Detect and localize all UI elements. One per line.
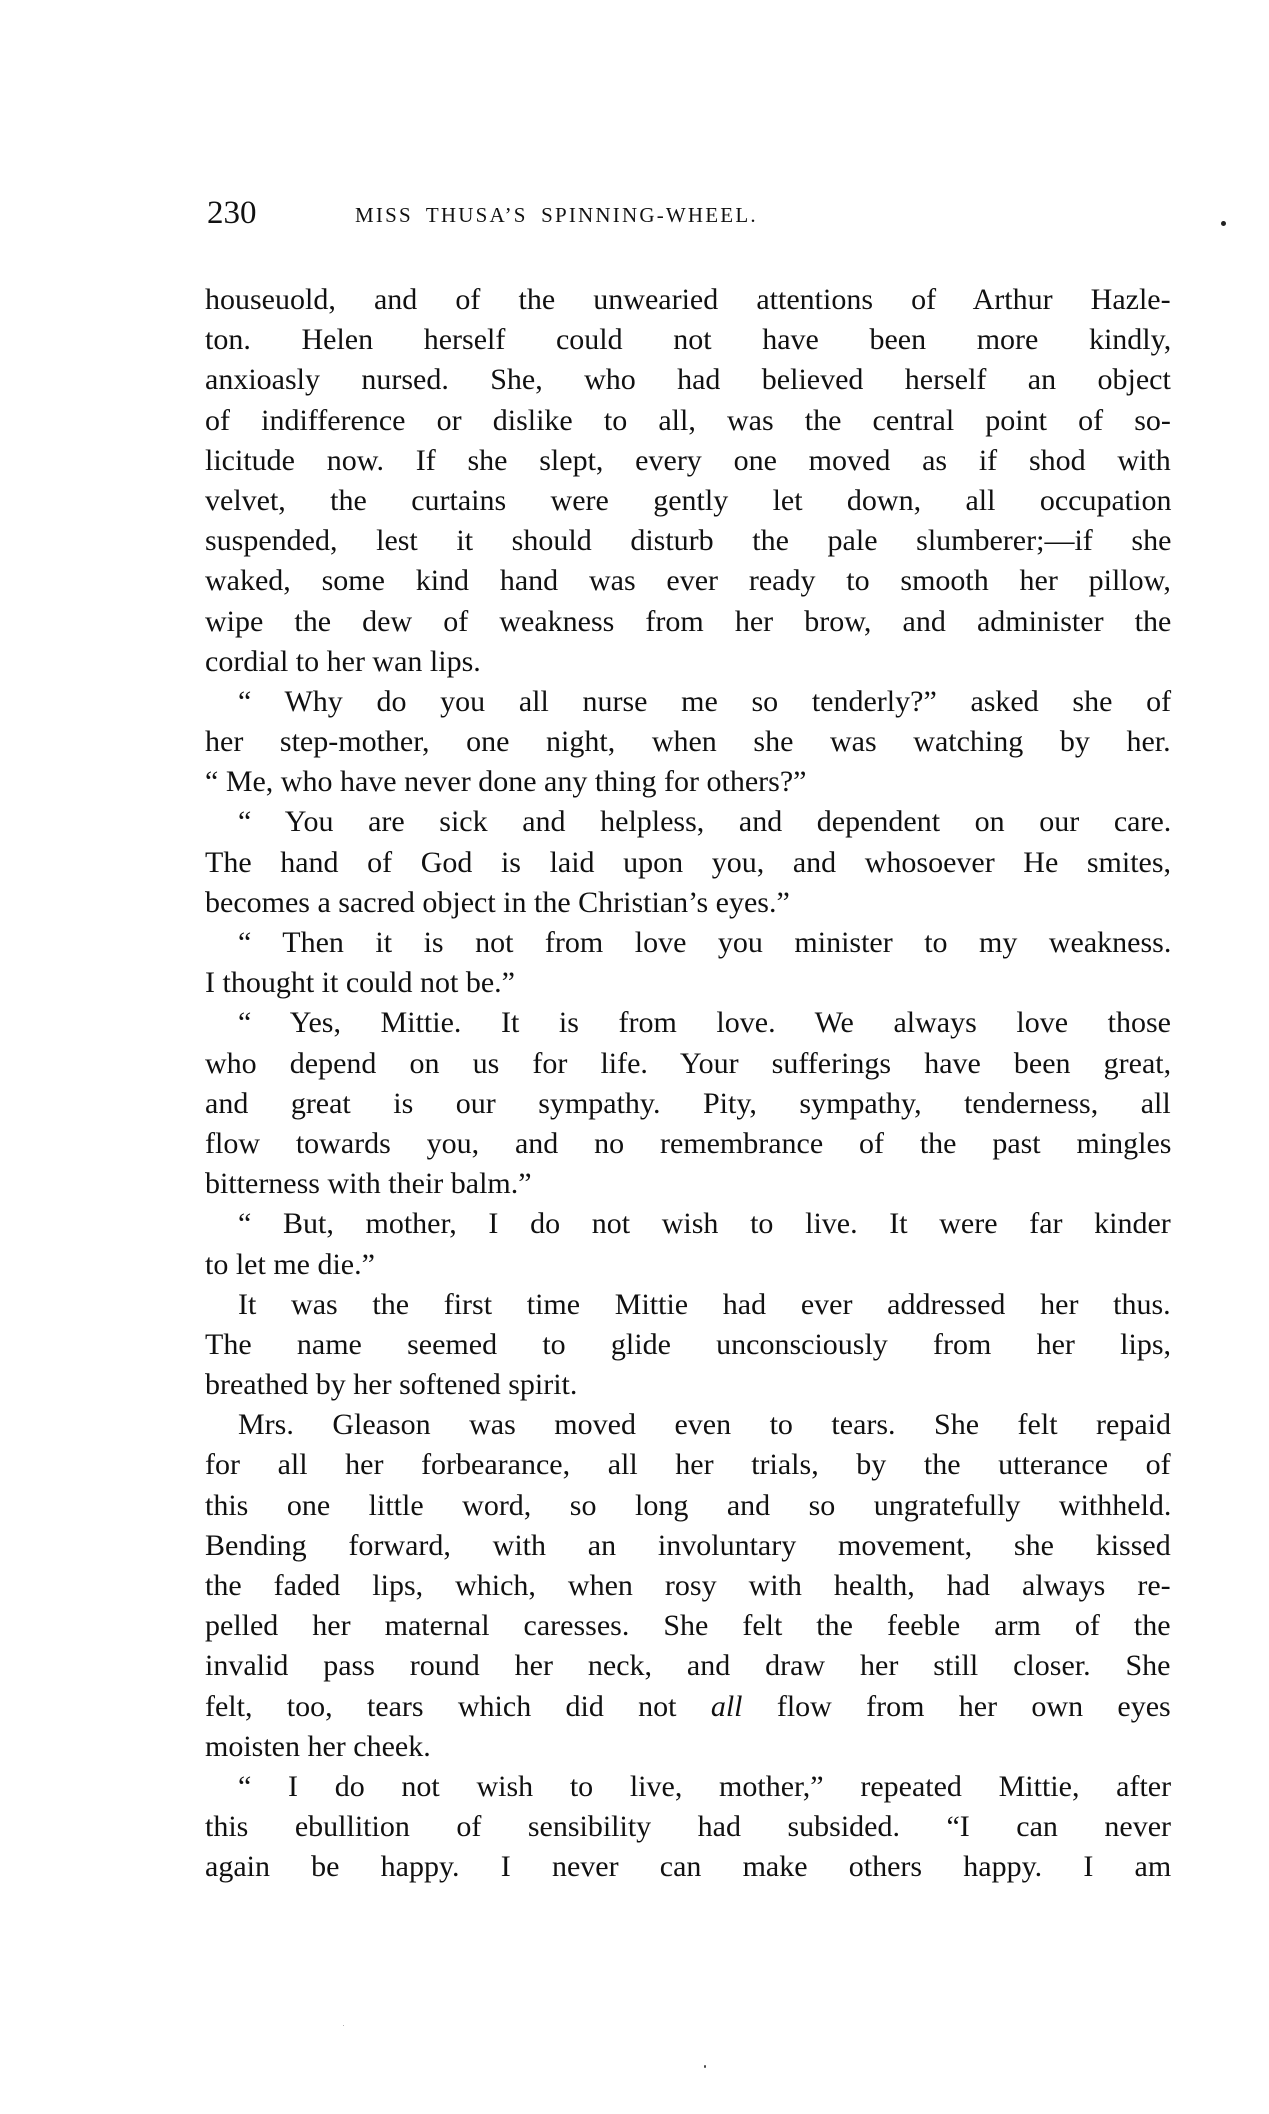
text-line: houseuold, and of the unwearied attentio… xyxy=(205,280,1171,320)
text-line: again be happy. I never can make others … xyxy=(205,1847,1171,1887)
text-line: flow towards you, and no remembrance of … xyxy=(205,1124,1171,1164)
text-line: becomes a sacred object in the Christian… xyxy=(205,883,1171,923)
paragraph-start-line: Mrs. Gleason was moved even to tears. Sh… xyxy=(205,1405,1171,1445)
running-head: 230 MISS THUSA’S SPINNING-WHEEL. xyxy=(207,196,1172,230)
text-line: felt, too, tears which did not all flow … xyxy=(205,1687,1171,1727)
text-line: this ebullition of sensibility had subsi… xyxy=(205,1807,1171,1847)
text-line: “ Me, who have never done any thing for … xyxy=(205,762,1171,802)
text-line: licitude now. If she slept, every one mo… xyxy=(205,441,1171,481)
text-line: bitterness with their balm.” xyxy=(205,1164,1171,1204)
paragraph-start-line: It was the first time Mittie had ever ad… xyxy=(205,1285,1171,1325)
text-line: and great is our sympathy. Pity, sympath… xyxy=(205,1084,1171,1124)
body-text: houseuold, and of the unwearied attentio… xyxy=(205,280,1171,1888)
text-line: this one little word, so long and so ung… xyxy=(205,1486,1171,1526)
scan-speck xyxy=(704,2065,706,2068)
text-line: velvet, the curtains were gently let dow… xyxy=(205,481,1171,521)
text-line: the faded lips, which, when rosy with he… xyxy=(205,1566,1171,1606)
paragraph-start-line: “ But, mother, I do not wish to live. It… xyxy=(205,1204,1171,1244)
text-line: The name seemed to glide unconsciously f… xyxy=(205,1325,1171,1365)
running-title: MISS THUSA’S SPINNING-WHEEL. xyxy=(355,201,758,229)
paragraph-start-line: “ I do not wish to live, mother,” repeat… xyxy=(205,1767,1171,1807)
text-line: ton. Helen herself could not have been m… xyxy=(205,320,1171,360)
paragraph-start-line: “ You are sick and helpless, and depende… xyxy=(205,802,1171,842)
text-line: waked, some kind hand was ever ready to … xyxy=(205,561,1171,601)
text-line: invalid pass round her neck, and draw he… xyxy=(205,1646,1171,1686)
paragraph-start-line: “ Then it is not from love you minister … xyxy=(205,923,1171,963)
text-line: for all her forbearance, all her trials,… xyxy=(205,1445,1171,1485)
text-line: pelled her maternal caresses. She felt t… xyxy=(205,1606,1171,1646)
text-line: her step-mother, one night, when she was… xyxy=(205,722,1171,762)
text-line: cordial to her wan lips. xyxy=(205,642,1171,682)
paragraph-start-line: “ Yes, Mittie. It is from love. We alway… xyxy=(205,1003,1171,1043)
text-line: wipe the dew of weakness from her brow, … xyxy=(205,602,1171,642)
text-line: who depend on us for life. Your sufferin… xyxy=(205,1044,1171,1084)
text-line: The hand of God is laid upon you, and wh… xyxy=(205,843,1171,883)
paragraph-start-line: “ Why do you all nurse me so tenderly?” … xyxy=(205,682,1171,722)
text-line: suspended, lest it should disturb the pa… xyxy=(205,521,1171,561)
text-line: of indifference or dislike to all, was t… xyxy=(205,401,1171,441)
text-line: moisten her cheek. xyxy=(205,1727,1171,1767)
text-line: Bending forward, with an involuntary mov… xyxy=(205,1526,1171,1566)
text-line: anxioasly nursed. She, who had believed … xyxy=(205,360,1171,400)
emphasized-word: all xyxy=(711,1690,743,1723)
text-line: to let me die.” xyxy=(205,1245,1171,1285)
scan-speck xyxy=(343,2025,344,2026)
text-line: breathed by her softened spirit. xyxy=(205,1365,1171,1405)
text-line: I thought it could not be.” xyxy=(205,963,1171,1003)
scan-speck xyxy=(1221,221,1226,226)
page-number: 230 xyxy=(207,196,257,230)
